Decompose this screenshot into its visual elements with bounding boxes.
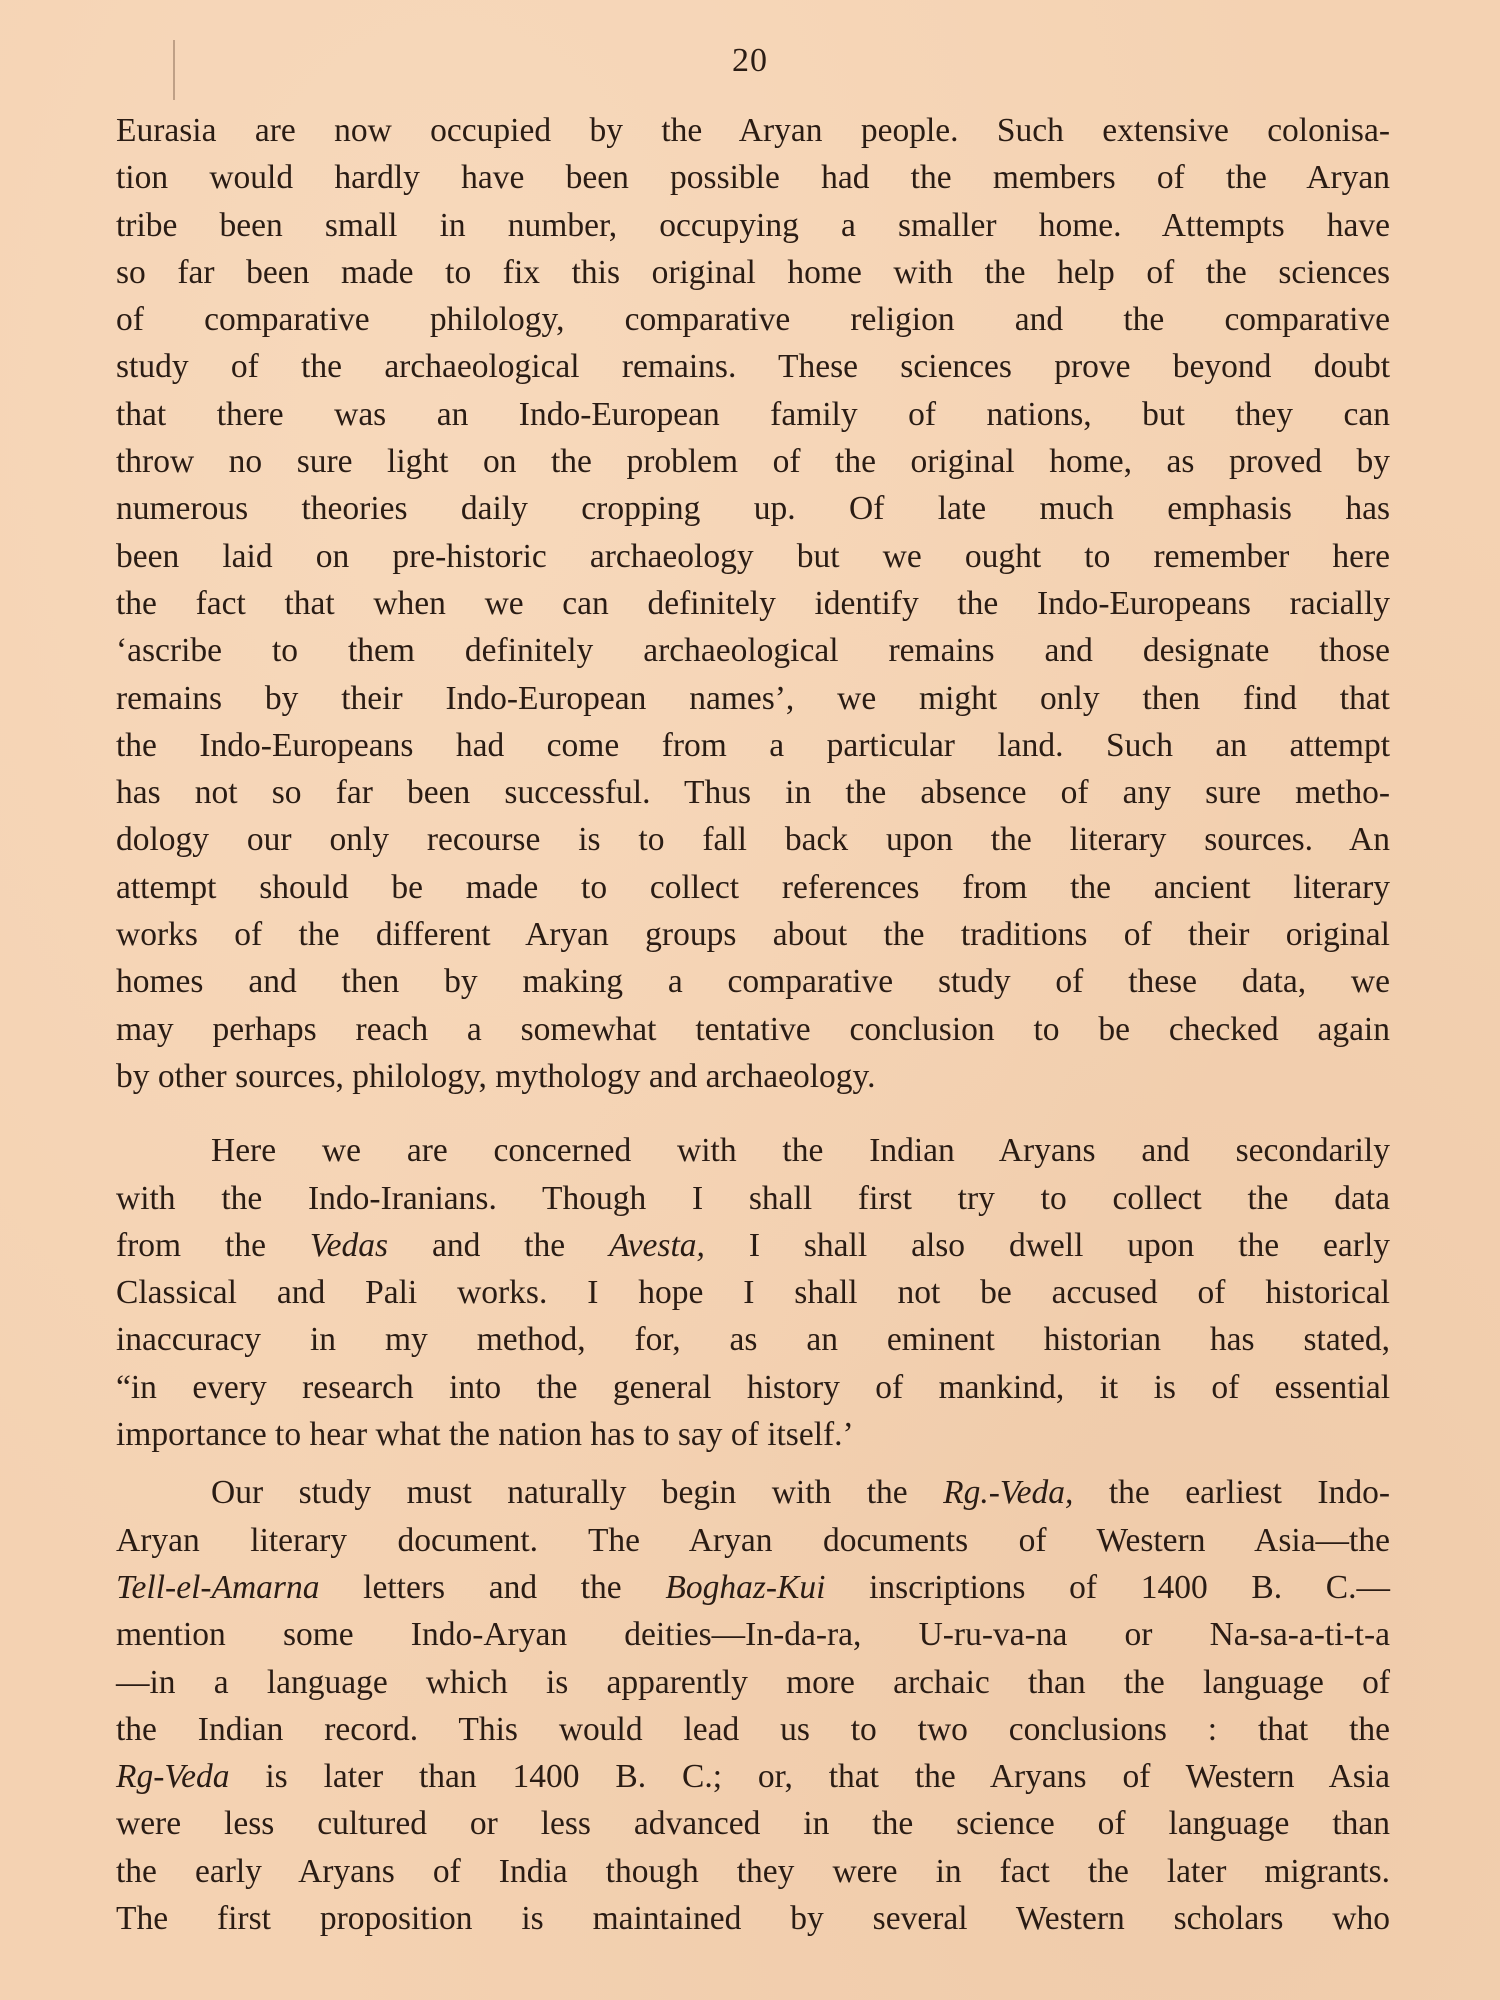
text-line: been laid on pre-historic archaeology bu…	[116, 533, 1390, 580]
text-line: —in a language which is apparently more …	[116, 1659, 1390, 1706]
text-segment: letters and the	[319, 1569, 665, 1606]
text-line: numerous theories daily cropping up. Of …	[116, 485, 1390, 532]
text-segment: is later than 1400 B. C.; or, that the A…	[230, 1758, 1391, 1795]
text-line: inaccuracy in my method, for, as an emin…	[116, 1316, 1390, 1363]
text-line: by other sources, philology, mythology a…	[116, 1053, 1390, 1100]
text-line: mention some Indo-Aryan deities—In-da-ra…	[116, 1611, 1390, 1658]
text-segment: Our study must naturally begin with the	[211, 1474, 943, 1511]
text-line: from the Vedas and the Avesta, I shall a…	[116, 1222, 1390, 1269]
text-line: that there was an Indo-European family o…	[116, 391, 1390, 438]
text-line: has not so far been successful. Thus in …	[116, 769, 1390, 816]
italic-title: Rg.-Veda,	[943, 1474, 1073, 1511]
text-line: Here we are concerned with the Indian Ar…	[116, 1127, 1390, 1174]
paragraph-gap	[116, 1100, 1390, 1127]
text-line: The first proposition is maintained by s…	[116, 1895, 1390, 1942]
text-line: ‘ascribe to them definitely archaeologic…	[116, 627, 1390, 674]
text-segment: from the	[116, 1227, 310, 1264]
text-line: with the Indo-Iranians. Though I shall f…	[116, 1175, 1390, 1222]
page-number: 20	[0, 42, 1500, 80]
text-line: the early Aryans of India though they we…	[116, 1848, 1390, 1895]
text-line: Eurasia are now occupied by the Aryan pe…	[116, 107, 1390, 154]
text-segment: the earliest Indo-	[1073, 1474, 1390, 1511]
text-line: throw no sure light on the problem of th…	[116, 438, 1390, 485]
paragraph-gap	[116, 1458, 1390, 1469]
text-line: remains by their Indo-European names’, w…	[116, 675, 1390, 722]
text-line: importance to hear what the nation has t…	[116, 1411, 1390, 1458]
book-page: 20 Eurasia are now occupied by the Aryan…	[0, 0, 1500, 2000]
text-line: the Indo-Europeans had come from a parti…	[116, 722, 1390, 769]
text-line: may perhaps reach a somewhat tentative c…	[116, 1006, 1390, 1053]
text-line: the Indian record. This would lead us to…	[116, 1706, 1390, 1753]
text-segment: inscriptions of 1400 B. C.—	[825, 1569, 1390, 1606]
body-text: Eurasia are now occupied by the Aryan pe…	[116, 107, 1390, 1942]
italic-title: Vedas	[310, 1227, 388, 1264]
text-line: the fact that when we can definitely ide…	[116, 580, 1390, 627]
text-line: so far been made to fix this original ho…	[116, 249, 1390, 296]
italic-title: Boghaz-Kui	[665, 1569, 825, 1606]
paragraph: Our study must naturally begin with the …	[116, 1469, 1390, 1942]
text-line: study of the archaeological remains. The…	[116, 343, 1390, 390]
italic-title: Rg-Veda	[116, 1758, 230, 1795]
text-line: attempt should be made to collect refere…	[116, 864, 1390, 911]
text-line: Classical and Pali works. I hope I shall…	[116, 1269, 1390, 1316]
text-line: Aryan literary document. The Aryan docum…	[116, 1517, 1390, 1564]
text-line: Rg-Veda is later than 1400 B. C.; or, th…	[116, 1753, 1390, 1800]
italic-title: Avesta,	[609, 1227, 705, 1264]
text-line: dology our only recourse is to fall back…	[116, 816, 1390, 863]
text-line: Our study must naturally begin with the …	[116, 1469, 1390, 1516]
paragraph: Eurasia are now occupied by the Aryan pe…	[116, 107, 1390, 1100]
text-segment: I shall also dwell upon the early	[705, 1227, 1390, 1264]
text-line: “in every research into the general hist…	[116, 1364, 1390, 1411]
text-line: tribe been small in number, occupying a …	[116, 202, 1390, 249]
italic-title: Tell-el-Amarna	[116, 1569, 319, 1606]
text-segment: and the	[388, 1227, 609, 1264]
text-line: of comparative philology, comparative re…	[116, 296, 1390, 343]
text-line: homes and then by making a comparative s…	[116, 958, 1390, 1005]
text-line: tion would hardly have been possible had…	[116, 154, 1390, 201]
text-line: were less cultured or less advanced in t…	[116, 1800, 1390, 1847]
text-line: Tell-el-Amarna letters and the Boghaz-Ku…	[116, 1564, 1390, 1611]
text-line: works of the different Aryan groups abou…	[116, 911, 1390, 958]
paragraph: Here we are concerned with the Indian Ar…	[116, 1127, 1390, 1458]
